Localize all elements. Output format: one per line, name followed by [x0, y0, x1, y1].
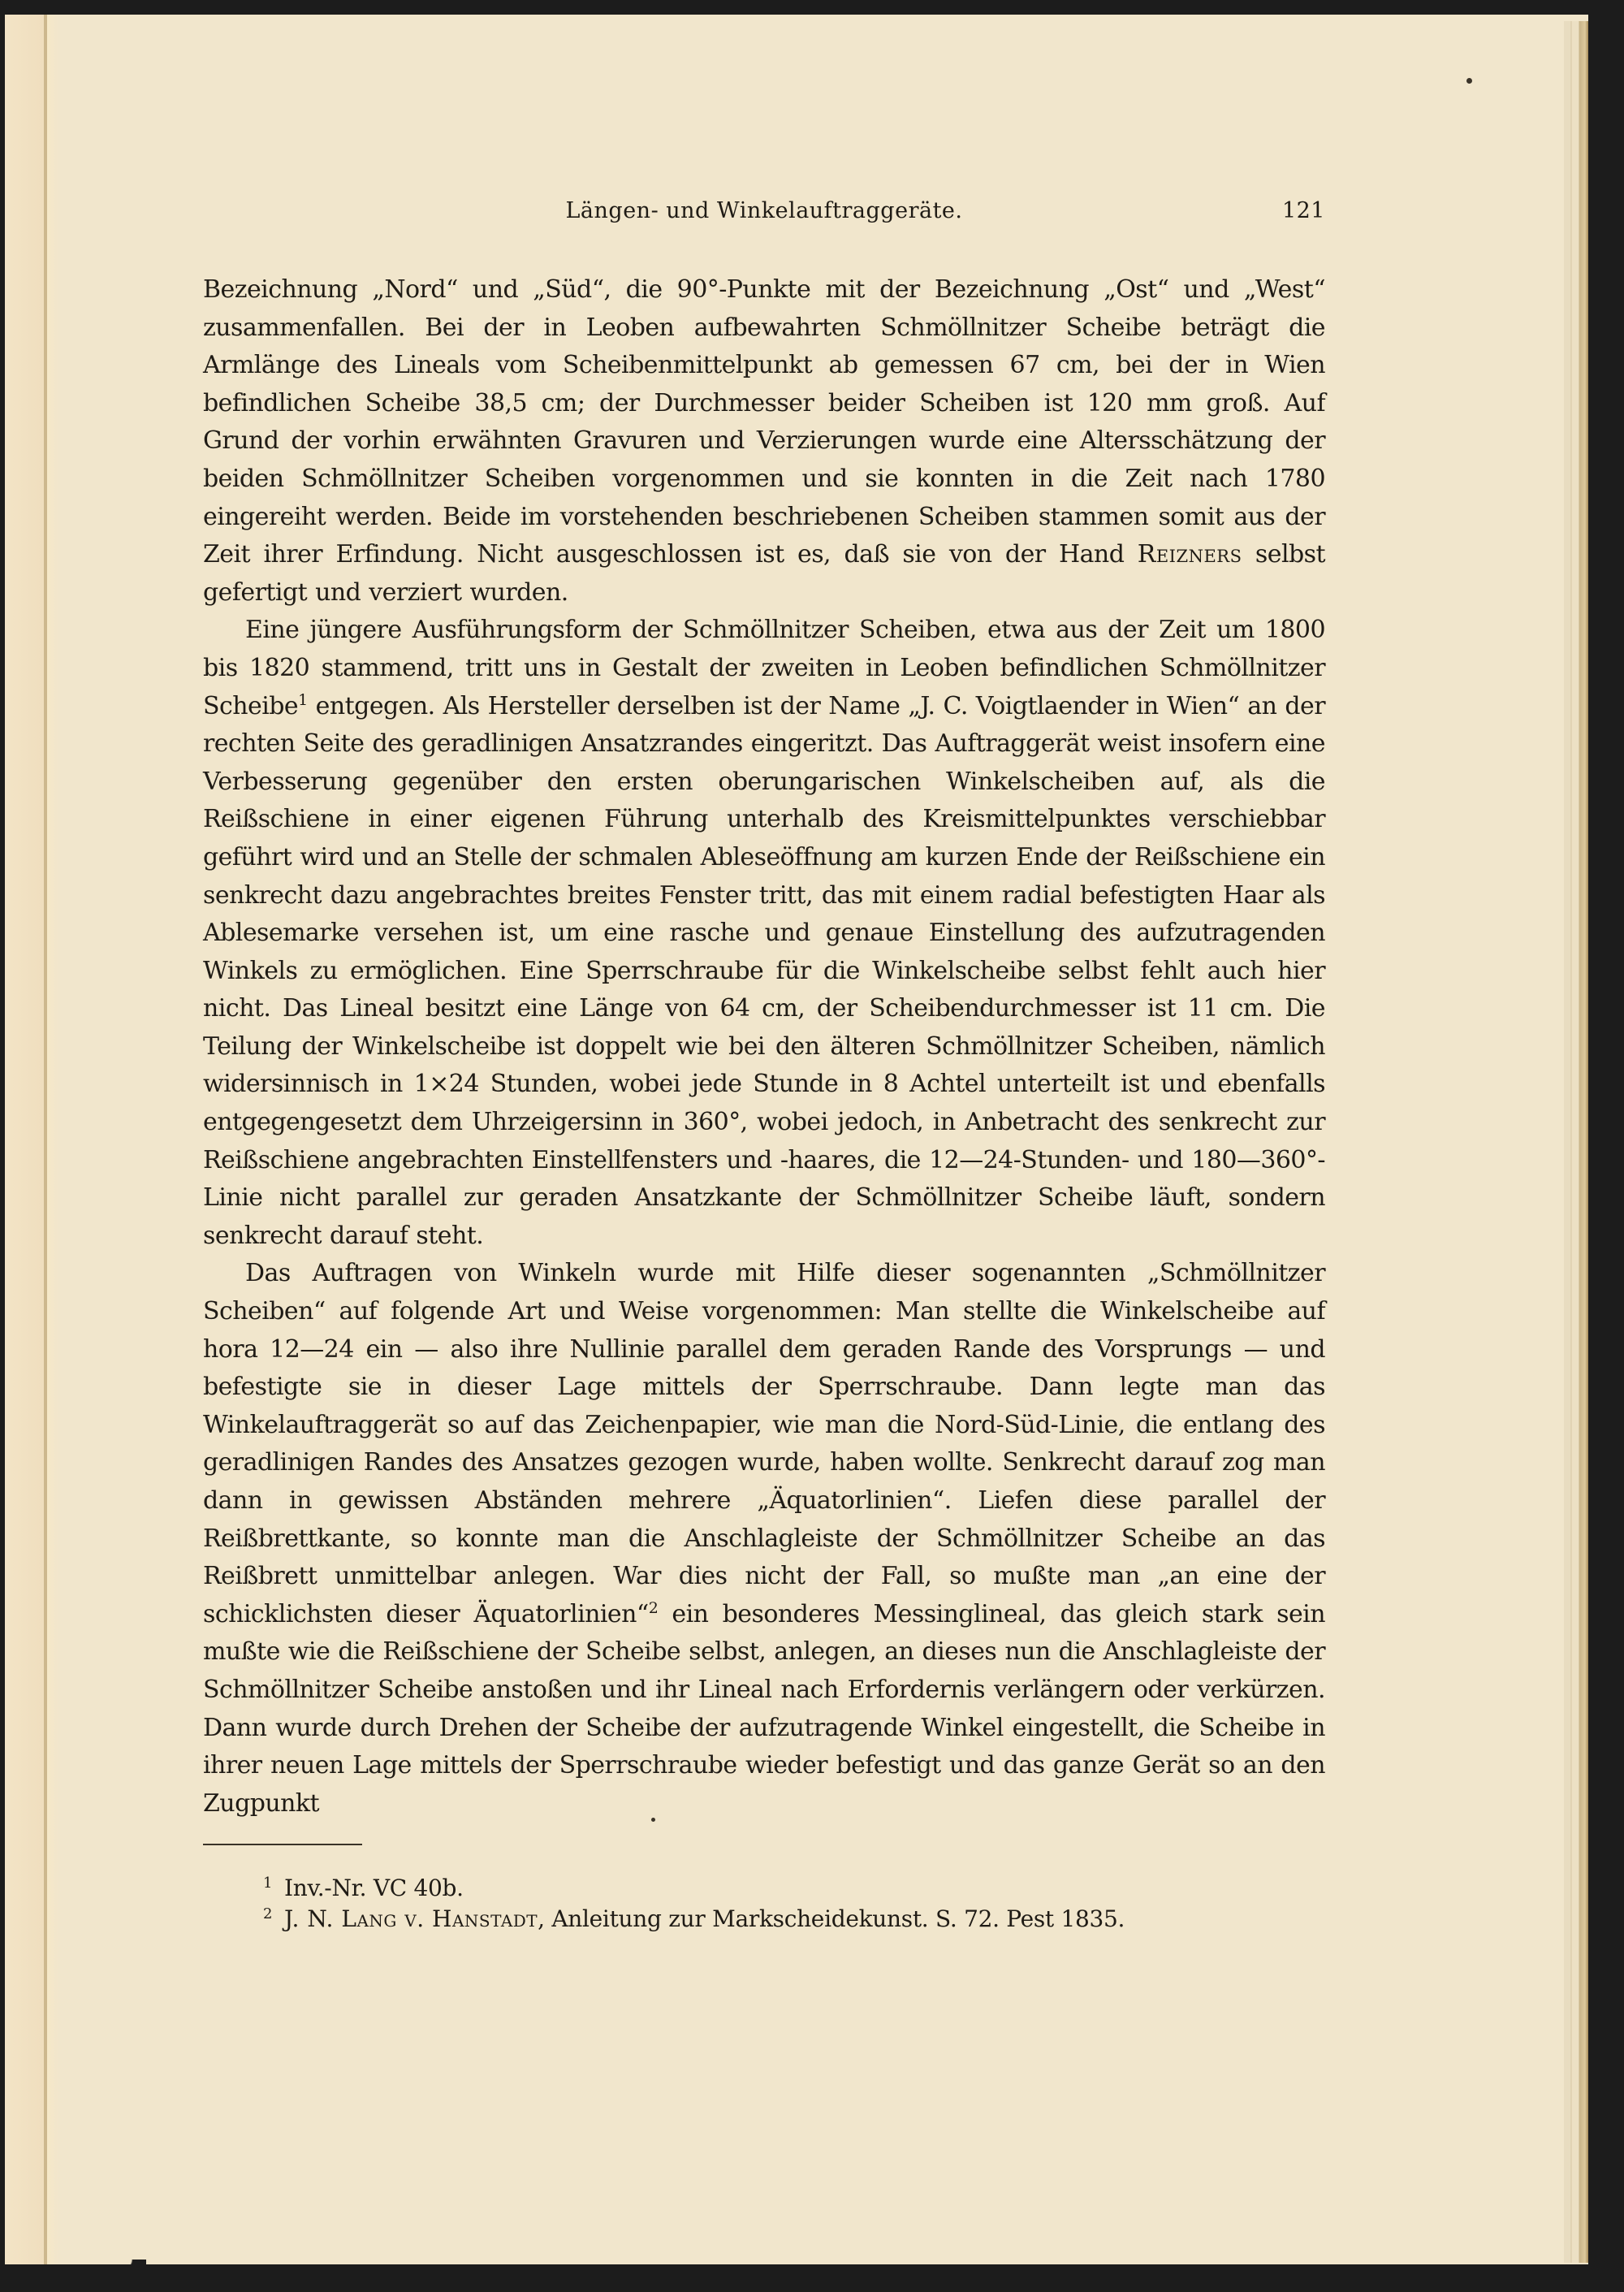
paper-page: Längen- und Winkelauftraggeräte. 121 Bez… — [5, 15, 1588, 2264]
text-block: Längen- und Winkelauftraggeräte. 121 Bez… — [203, 198, 1325, 1935]
paragraph-text: ein besonderes Messinglineal, das gleich… — [203, 1600, 1325, 1818]
footnote-mark: 1 — [263, 1868, 272, 1899]
paragraph: Eine jüngere Ausführungsform der Schmöll… — [203, 612, 1325, 1255]
footnote-1: 1 Inv.-Nr. VC 40b. — [284, 1873, 1325, 1904]
scanned-book-page: Längen- und Winkelauftraggeräte. 121 Bez… — [0, 0, 1624, 2292]
footnote-text: , Anleitung zur Markscheidekunst. S. 72.… — [538, 1905, 1125, 1932]
running-head-title: Längen- und Winkelauftraggeräte. — [203, 198, 1325, 223]
body-text: Bezeichnung „Nord“ und „Süd“, die 90°-Pu… — [203, 271, 1325, 1823]
page-curl-shadow — [0, 2260, 146, 2292]
running-head: Längen- und Winkelauftraggeräte. 121 — [203, 198, 1325, 247]
footnote-text: Inv.-Nr. VC 40b. — [284, 1875, 464, 1901]
paper-speck — [1466, 78, 1472, 84]
paragraph: Bezeichnung „Nord“ und „Süd“, die 90°-Pu… — [203, 271, 1325, 612]
footnote-reference-2[interactable]: 2 — [649, 1599, 659, 1617]
footnote-mark: 2 — [263, 1899, 272, 1930]
author-name-smallcaps: Reizners — [1138, 540, 1242, 569]
page-number: 121 — [1282, 198, 1325, 223]
footnote-author-smallcaps: J. N. Lang v. Hanstadt — [284, 1905, 538, 1932]
paragraph-text: Das Auftragen von Winkeln wurde mit Hilf… — [203, 1259, 1325, 1628]
page-stack-edge — [1564, 21, 1588, 2263]
paragraph-text: entgegen. Als Hersteller derselben ist d… — [203, 692, 1325, 1250]
paragraph-text: Bezeichnung „Nord“ und „Süd“, die 90°-Pu… — [203, 275, 1325, 569]
footnote-reference-1[interactable]: 1 — [298, 691, 308, 709]
footnote-2: 2 J. N. Lang v. Hanstadt, Anleitung zur … — [284, 1904, 1325, 1935]
footnote-separator — [203, 1844, 362, 1845]
footnotes: 1 Inv.-Nr. VC 40b. 2 J. N. Lang v. Hanst… — [203, 1873, 1325, 1935]
previous-page-edge — [5, 15, 44, 2264]
paragraph: Das Auftragen von Winkeln wurde mit Hilf… — [203, 1255, 1325, 1823]
binding-shadow — [47, 15, 58, 2264]
